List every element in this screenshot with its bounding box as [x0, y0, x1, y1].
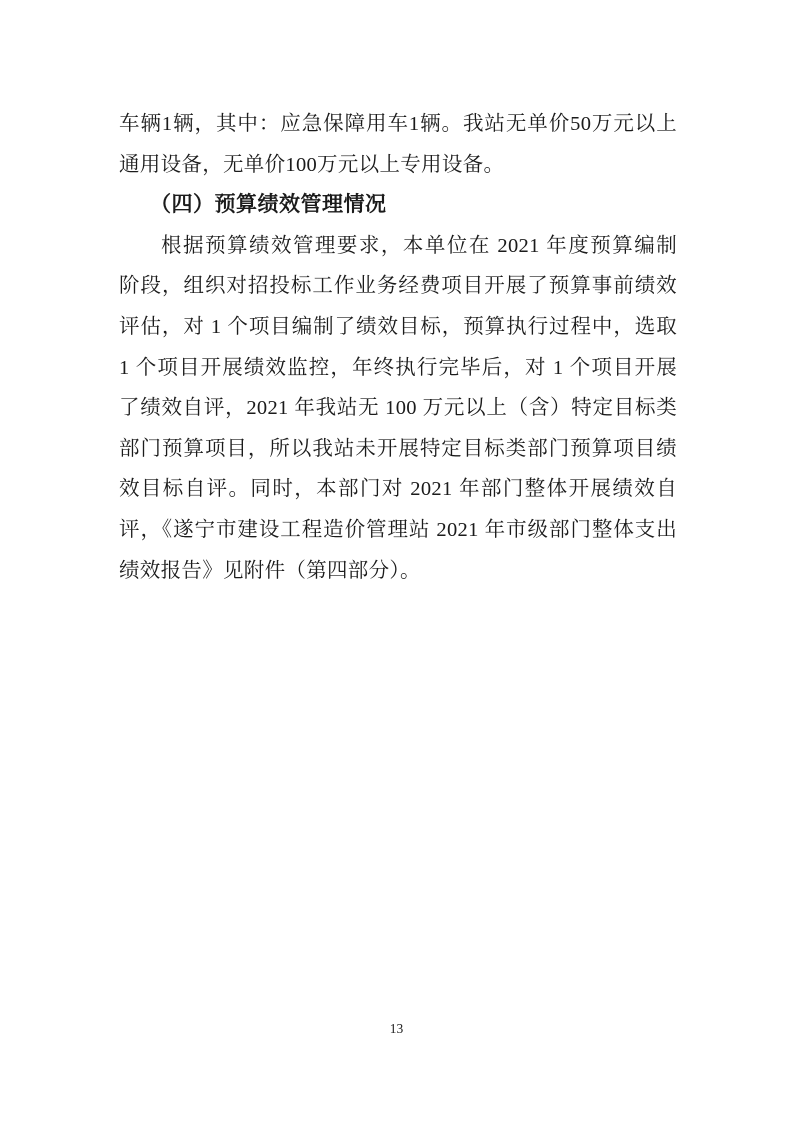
text-line: 了绩效自评，2021 年我站无 100 万元以上（含）特定目标类: [119, 388, 677, 429]
page-body-text: 车辆1辆，其中：应急保障用车1辆。我站无单价50万元以上 通用设备，无单价100…: [119, 104, 677, 591]
text-line: 评估，对 1 个项目编制了绩效目标，预算执行过程中，选取: [119, 307, 677, 348]
text-line: 通用设备，无单价100万元以上专用设备。: [119, 145, 677, 186]
text-line: 绩效报告》见附件（第四部分）。: [119, 551, 677, 592]
document-page: 车辆1辆，其中：应急保障用车1辆。我站无单价50万元以上 通用设备，无单价100…: [0, 0, 793, 1122]
text-line: 评，《遂宁市建设工程造价管理站 2021 年市级部门整体支出: [119, 510, 677, 551]
text-line: 根据预算绩效管理要求，本单位在 2021 年度预算编制: [119, 226, 677, 267]
text-line: 车辆1辆，其中：应急保障用车1辆。我站无单价50万元以上: [119, 104, 677, 145]
page-number: 13: [0, 1021, 793, 1037]
text-line: 阶段，组织对招投标工作业务经费项目开展了预算事前绩效: [119, 266, 677, 307]
text-line: 1 个项目开展绩效监控，年终执行完毕后，对 1 个项目开展: [119, 348, 677, 389]
text-line: 部门预算项目，所以我站未开展特定目标类部门预算项目绩: [119, 429, 677, 470]
text-line: 效目标自评。同时，本部门对 2021 年部门整体开展绩效自: [119, 469, 677, 510]
section-heading: （四）预算绩效管理情况: [119, 185, 677, 226]
